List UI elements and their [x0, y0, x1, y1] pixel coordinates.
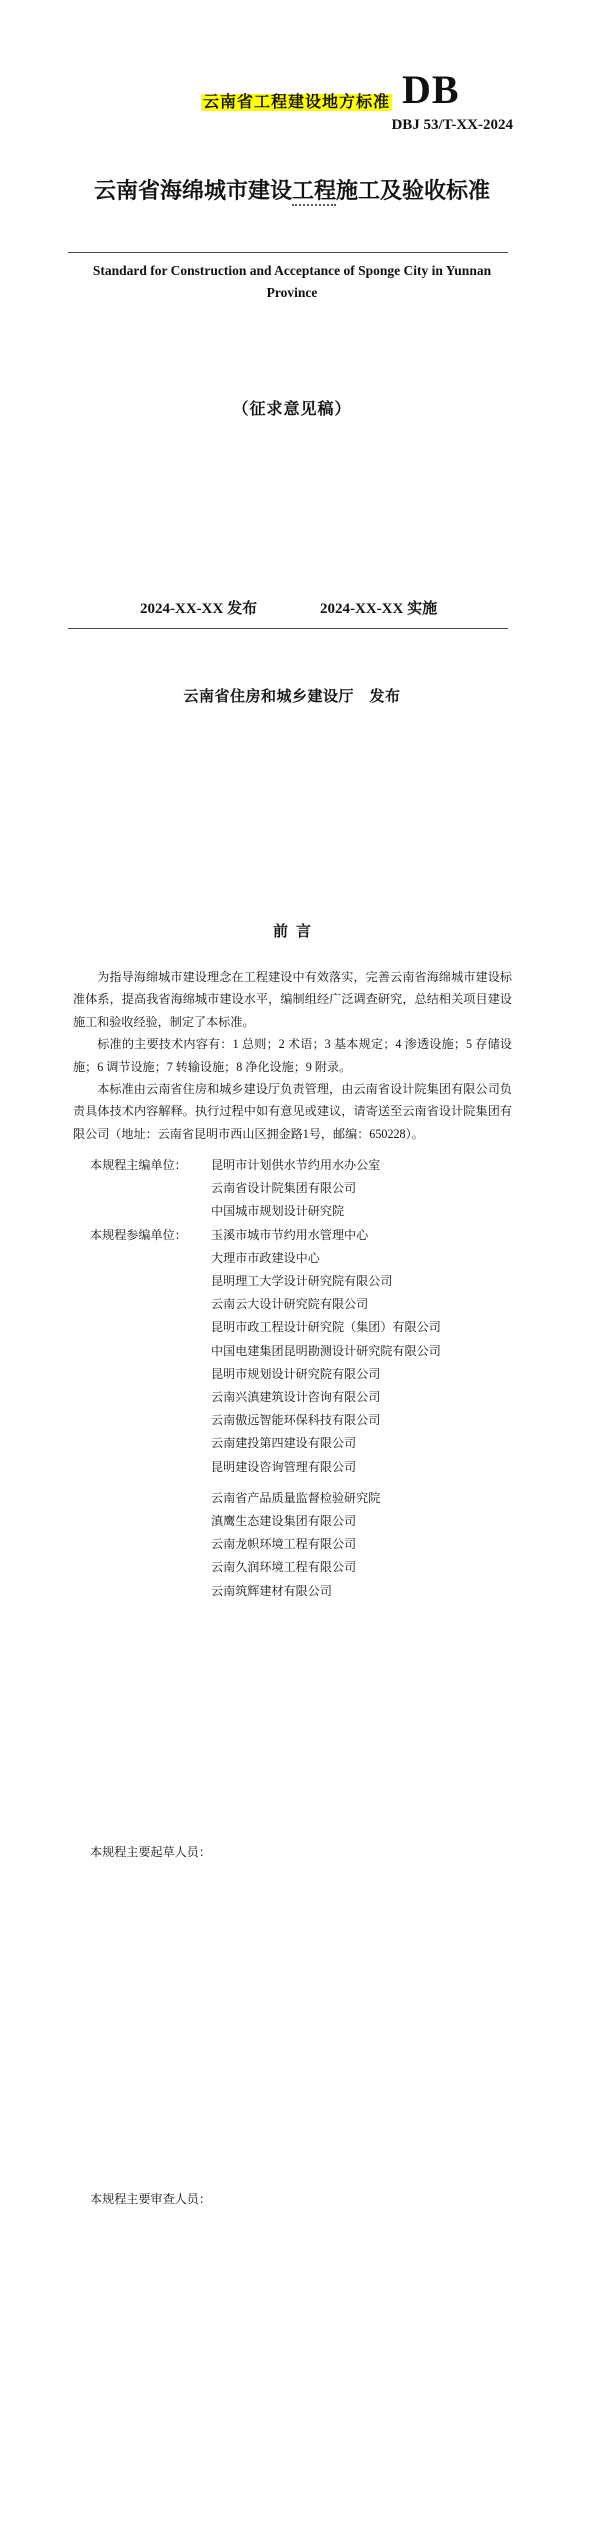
drafters-label: 本规程主要起草人员：	[90, 1843, 211, 1860]
foreword-paragraph-2: 标准的主要技术内容有：1 总则；2 术语；3 基本规定；4 渗透设施；5 存储设…	[73, 1033, 512, 1078]
participating-unit-row: 云南兴滇建筑设计咨询有限公司	[90, 1386, 520, 1409]
participating-unit-row: 云南傲远智能环保科技有限公司	[90, 1409, 520, 1432]
unit-name: 大理市市政建设中心	[211, 1247, 520, 1270]
unit-name: 云南云大设计研究院有限公司	[211, 1293, 520, 1316]
unit-name: 云南兴滇建筑设计咨询有限公司	[211, 1386, 520, 1409]
participating-unit-row: 滇鹰生态建设集团有限公司	[90, 1510, 520, 1533]
unit-name: 云南省产品质量监督检验研究院	[211, 1487, 520, 1510]
participating-unit-row: 昆明理工大学设计研究院有限公司	[90, 1270, 520, 1293]
unit-name: 昆明市计划供水节约用水办公室	[211, 1154, 520, 1177]
unit-name: 云南龙帜环境工程有限公司	[211, 1533, 520, 1556]
unit-name: 滇鹰生态建设集团有限公司	[211, 1510, 520, 1533]
issue-date: 2024-XX-XX 发布	[140, 597, 257, 618]
chief-unit-row: 云南省设计院集团有限公司	[90, 1177, 520, 1200]
db-mark: DB	[402, 70, 460, 110]
unit-name: 昆明理工大学设计研究院有限公司	[211, 1270, 520, 1293]
participating-unit-row: 云南筑辉建材有限公司	[90, 1580, 520, 1603]
unit-name: 云南建投第四建设有限公司	[211, 1432, 520, 1455]
unit-name: 玉溪市城市节约用水管理中心	[211, 1224, 520, 1247]
english-title: Standard for Construction and Acceptance…	[32, 260, 552, 304]
chief-units-label: 本规程主编单位：	[90, 1154, 211, 1177]
participating-units-label: 本规程参编单位：	[90, 1224, 211, 1247]
unit-name: 云南久润环境工程有限公司	[211, 1556, 520, 1579]
participating-unit-row: 云南云大设计研究院有限公司	[90, 1293, 520, 1316]
participating-unit-row: 中国电建集团昆明勘测设计研究院有限公司	[90, 1340, 520, 1363]
unit-name: 昆明建设咨询管理有限公司	[211, 1456, 520, 1479]
divider-line-top	[68, 252, 508, 253]
foreword-paragraph-3: 本标准由云南省住房和城乡建设厅负责管理，由云南省设计院集团有限公司负责具体技术内…	[73, 1078, 512, 1145]
unit-name: 昆明市政工程设计研究院（集团）有限公司	[211, 1316, 520, 1339]
standard-type-highlight: 云南省工程建设地方标准	[201, 94, 392, 111]
main-title-proofing-underline: 工程	[292, 178, 336, 206]
document-page: 云南省工程建设地方标准 DB DBJ 53/T-XX-2024 云南省海绵城市建…	[0, 0, 600, 2544]
participating-unit-row: 昆明市政工程设计研究院（集团）有限公司	[90, 1316, 520, 1339]
participating-unit-row: 本规程参编单位： 玉溪市城市节约用水管理中心	[90, 1224, 520, 1247]
participating-unit-row: 昆明市规划设计研究院有限公司	[90, 1363, 520, 1386]
participating-unit-row: 云南龙帜环境工程有限公司	[90, 1533, 520, 1556]
implement-date: 2024-XX-XX 实施	[320, 597, 437, 618]
units-list: 本规程主编单位： 昆明市计划供水节约用水办公室 云南省设计院集团有限公司 中国城…	[90, 1154, 520, 1603]
foreword-heading: 前言	[32, 920, 552, 941]
chief-unit-row: 中国城市规划设计研究院	[90, 1200, 520, 1223]
unit-name: 中国城市规划设计研究院	[211, 1200, 520, 1223]
divider-line-bottom	[68, 628, 508, 629]
publisher: 云南省住房和城乡建设厅 发布	[32, 685, 552, 706]
draft-note: （征求意见稿）	[32, 396, 552, 419]
unit-name: 云南傲远智能环保科技有限公司	[211, 1409, 520, 1432]
unit-name: 云南省设计院集团有限公司	[211, 1177, 520, 1200]
standard-type-header: 云南省工程建设地方标准	[32, 89, 392, 112]
main-title-part2: 施工及验收标准	[336, 178, 490, 203]
main-title: 云南省海绵城市建设工程施工及验收标准	[32, 174, 552, 205]
unit-name: 云南筑辉建材有限公司	[211, 1580, 520, 1603]
foreword-paragraph-1: 为指导海绵城市建设理念在工程建设中有效落实，完善云南省海绵城市建设标准体系，提高…	[73, 966, 512, 1033]
english-title-line2: Province	[267, 285, 318, 300]
unit-name: 昆明市规划设计研究院有限公司	[211, 1363, 520, 1386]
main-title-part1: 云南省海绵城市建设	[94, 178, 292, 203]
participating-unit-row: 云南建投第四建设有限公司	[90, 1432, 520, 1455]
participating-unit-row: 云南省产品质量监督检验研究院	[90, 1487, 520, 1510]
unit-name: 中国电建集团昆明勘测设计研究院有限公司	[211, 1340, 520, 1363]
participating-unit-row: 云南久润环境工程有限公司	[90, 1556, 520, 1579]
standard-number: DBJ 53/T-XX-2024	[292, 117, 513, 134]
reviewers-label: 本规程主要审查人员：	[90, 2190, 211, 2207]
english-title-line1: Standard for Construction and Acceptance…	[93, 263, 491, 278]
participating-unit-row: 昆明建设咨询管理有限公司	[90, 1456, 520, 1479]
participating-unit-row: 大理市市政建设中心	[90, 1247, 520, 1270]
foreword-body: 为指导海绵城市建设理念在工程建设中有效落实，完善云南省海绵城市建设标准体系，提高…	[73, 966, 512, 1145]
chief-unit-row: 本规程主编单位： 昆明市计划供水节约用水办公室	[90, 1154, 520, 1177]
